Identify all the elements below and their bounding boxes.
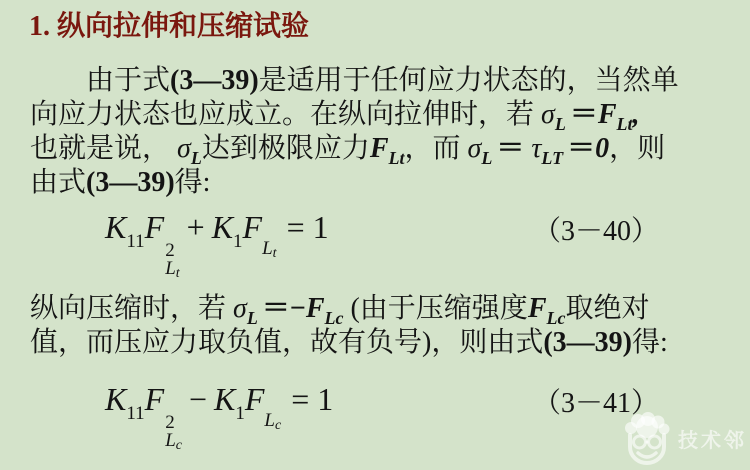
slide-page: 1. 纵向拉伸和压缩试验 由于式(3—39)是适用于任何应力状态的，当然单 向应… <box>0 0 750 470</box>
subscript-Lt: Lt <box>389 148 405 168</box>
body-text: 由式 <box>30 167 86 198</box>
body-text: 也就是说， <box>30 133 177 164</box>
paragraph-compression: 纵向压缩时，若 σL＝−FLc (由于压缩强度FLc取绝对 值，而压应力取负值，… <box>30 292 735 360</box>
paragraph-tension: 由于式(3—39)是适用于任何应力状态的，当然单 向应力状态也应成立。在纵向拉伸… <box>30 64 735 200</box>
body-text: 得: <box>632 327 668 358</box>
equals-sign: ＝ <box>570 99 598 130</box>
equation-3-40: K11F2Lt+K1FLt=1 （3－40） <box>30 204 735 256</box>
equals-sign: ＝ <box>567 133 595 164</box>
body-text: ，则 <box>609 133 665 164</box>
sigma-symbol: σ <box>177 133 191 164</box>
text-line: 值，而压应力取负值，故有负号)，则由式(3—39)得: <box>30 326 735 360</box>
subscript-1: 1 <box>235 403 245 424</box>
minus-operator: − <box>182 381 214 417</box>
body-text: 由于式 <box>86 65 170 96</box>
sigma-symbol: σ <box>233 293 247 324</box>
minus-sign: − <box>290 293 306 324</box>
sup-sub-stack: 2Lc <box>165 415 182 456</box>
sigma-symbol: σ <box>468 133 482 164</box>
subscript-Lt: Lt <box>617 114 633 134</box>
K-symbol: K <box>105 209 126 245</box>
watermark: 技术邻 <box>621 411 747 465</box>
F-symbol: F <box>528 293 547 324</box>
F-symbol: F <box>145 209 165 245</box>
sigma-symbol: σ <box>541 99 555 130</box>
body-text: 达到极限应力 <box>202 133 370 164</box>
subscript-L: L <box>191 148 202 168</box>
text-line: 由于式(3—39)是适用于任何应力状态的，当然单 <box>30 64 735 98</box>
text-line: 由式(3—39)得: <box>30 166 735 200</box>
watermark-text: 技术邻 <box>678 424 747 453</box>
subscript-11: 11 <box>126 403 144 424</box>
value-one: 1 <box>317 381 333 417</box>
subscript-Lt: Lt <box>165 259 179 284</box>
subscript-L: L <box>555 114 566 134</box>
text-line: 向应力状态也应成立。在纵向拉伸时，若 σL＝FLt, <box>30 98 735 132</box>
equals-sign: = <box>281 381 317 417</box>
text-line: 也就是说， σL达到极限应力FLt，而 σL＝τLT＝0，则 <box>30 132 735 166</box>
value-one: 1 <box>313 209 329 245</box>
F-symbol: F <box>243 209 263 245</box>
equation-3-41-math: K11F2Lc−K1FLc=1 <box>105 376 333 456</box>
F-symbol: F <box>370 133 389 164</box>
equation-ref: (3—39) <box>170 65 259 96</box>
F-symbol: F <box>145 381 165 417</box>
equals-sign: = <box>277 209 313 245</box>
body-text: 取绝对 <box>565 293 649 324</box>
equation-number: （3－40） <box>533 209 659 249</box>
K-symbol: K <box>212 209 233 245</box>
equation-ref: (3—39) <box>86 167 175 198</box>
superscript-2: 2 <box>165 415 175 431</box>
body-text: ，而 <box>405 133 468 164</box>
page-title: 1. 纵向拉伸和压缩试验 <box>29 10 309 44</box>
F-symbol: F <box>598 99 617 130</box>
tau-symbol: τ <box>531 133 541 164</box>
text-line: 纵向压缩时，若 σL＝−FLc (由于压缩强度FLc取绝对 <box>30 292 735 326</box>
body-text: 向应力状态也应成立。在纵向拉伸时，若 <box>30 99 541 130</box>
subscript-Lc: Lc <box>547 308 566 328</box>
body-text: 纵向压缩时，若 <box>30 293 233 324</box>
subscript-Lc: Lc <box>165 431 182 456</box>
subscript-Lt: Lt <box>262 238 276 259</box>
K-symbol: K <box>105 381 126 417</box>
plus-operator: + <box>180 209 212 245</box>
subscript-Lc: Lc <box>325 308 344 328</box>
K-symbol: K <box>214 381 235 417</box>
F-symbol: F <box>245 381 265 417</box>
sup-sub-stack: 2Lt <box>165 243 179 284</box>
body-text: 得: <box>175 167 211 198</box>
subscript-Lc: Lc <box>264 410 281 431</box>
subscript-1: 1 <box>233 231 243 252</box>
subscript-11: 11 <box>126 231 144 252</box>
body-text: (由于压缩强度 <box>343 293 527 324</box>
superscript-2: 2 <box>165 243 175 259</box>
subscript-L: L <box>481 148 492 168</box>
body-text: 值，而压应力取负值，故有负号)，则由式 <box>30 327 543 358</box>
equals-sign: ＝ <box>496 133 524 164</box>
comma: , <box>633 99 640 130</box>
equals-sign: ＝ <box>262 293 290 324</box>
subscript-L: L <box>247 308 258 328</box>
subscript-LT: LT <box>541 148 563 168</box>
jishulin-logo-icon <box>621 411 673 465</box>
body-text: 是适用于任何应力状态的，当然单 <box>259 65 679 96</box>
equation-3-40-math: K11F2Lt+K1FLt=1 <box>105 204 329 284</box>
F-symbol: F <box>306 293 325 324</box>
equation-ref: (3—39) <box>543 327 632 358</box>
zero-value: 0 <box>595 133 609 164</box>
